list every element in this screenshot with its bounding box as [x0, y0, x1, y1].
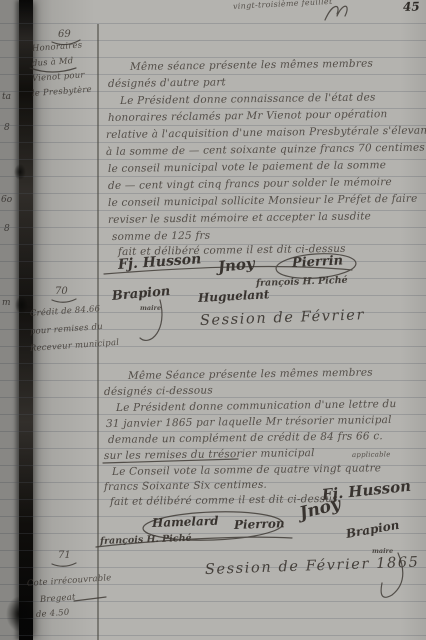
- body-line: somme de 125 frs: [112, 231, 210, 243]
- signature-title: maire: [372, 548, 393, 555]
- margin-note-line: de 4.50: [36, 609, 70, 620]
- signature: Hamelard: [152, 515, 219, 529]
- signature: Pierron: [234, 517, 285, 531]
- margin-entry-number: 70: [55, 287, 68, 297]
- signature-title: maire: [140, 305, 161, 312]
- signature: Huguelant: [198, 288, 270, 304]
- body-line: désignés ci-dessous: [104, 385, 213, 397]
- paraph-mark: [325, 6, 347, 20]
- folio-note: vingt-troisième feuillet: [233, 0, 333, 11]
- margin-entry-number: 71: [58, 551, 71, 561]
- body-line: désignés d'autre part: [108, 77, 226, 89]
- signature: Pierrin: [292, 254, 344, 270]
- signature: Jnoy: [217, 256, 255, 275]
- page-number: 45: [403, 0, 420, 13]
- body-interline-note: applicable: [352, 451, 391, 459]
- scanned-register-page: ta 8 6o 8 m vingt-troisième feuillet 45 …: [0, 0, 426, 640]
- body-line: sur les remises du trésorier municipal: [104, 448, 315, 461]
- margin-entry-number: 69: [58, 30, 71, 40]
- body-line: francs Soixante Six centimes.: [104, 480, 267, 493]
- margin-note-line: Bregeat: [40, 594, 76, 605]
